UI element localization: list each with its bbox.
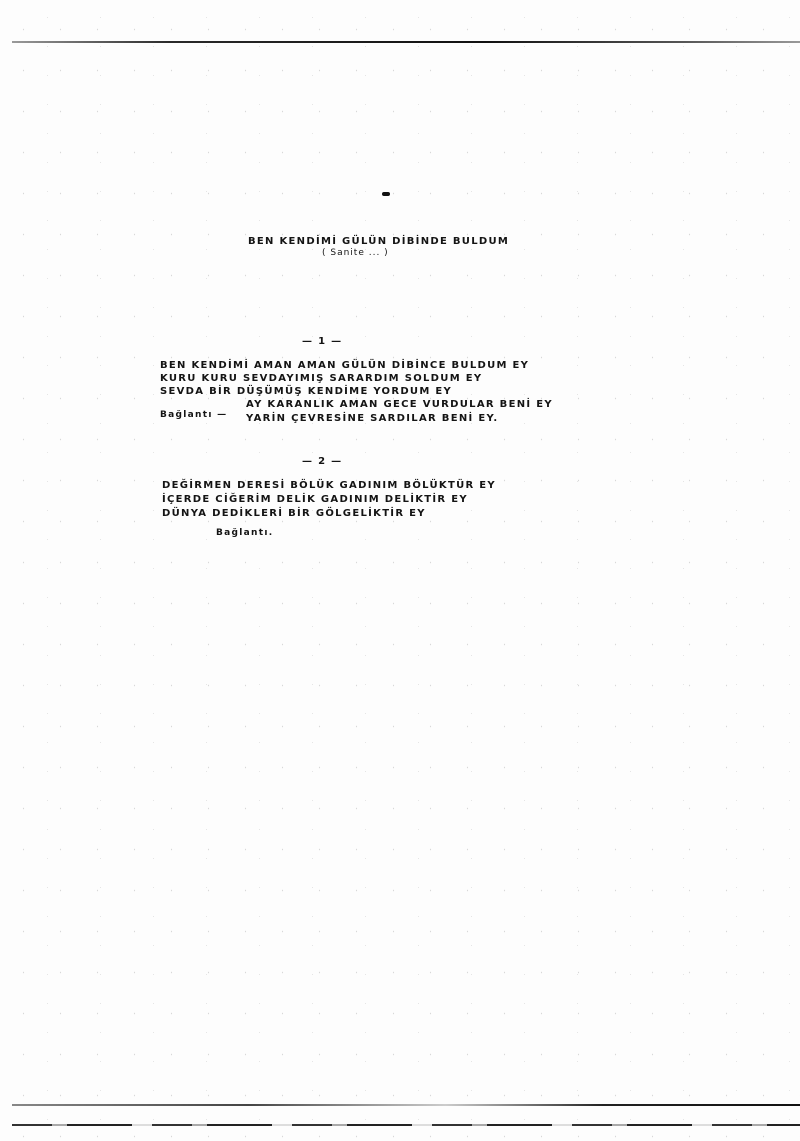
verse-1-line-1: BEN KENDİMİ AMAN AMAN GÜLÜN DİBİNCE BULD… xyxy=(160,360,529,371)
bottom-rule xyxy=(12,1104,800,1106)
verse-number-1: — 1 — xyxy=(302,336,342,347)
chorus-line-1: AY KARANLIK AMAN GECE VURDULAR BENİ EY xyxy=(246,399,553,410)
scan-noise xyxy=(0,0,800,1141)
top-rule xyxy=(12,41,800,43)
song-title: BEN KENDİMİ GÜLÜN DİBİNDE BULDUM xyxy=(248,236,509,247)
chorus-label-2: Bağlantı. xyxy=(216,528,273,538)
ink-speck xyxy=(382,192,390,196)
bottom-rule-2 xyxy=(12,1124,800,1126)
verse-number-2: — 2 — xyxy=(302,456,342,467)
chorus-label-1: Bağlantı — xyxy=(160,410,227,420)
verse-2-line-2: İÇERDE CİĞERİM DELİK GADINIM DELİKTİR EY xyxy=(162,494,468,505)
chorus-line-2: YARİN ÇEVRESİNE SARDILAR BENİ EY. xyxy=(246,413,498,424)
verse-2-line-1: DEĞİRMEN DERESİ BÖLÜK GADINIM BÖLÜKTÜR E… xyxy=(162,480,496,491)
verse-1-line-3: SEVDA BİR DÜŞÜMÜŞ KENDİME YORDUM EY xyxy=(160,386,452,397)
song-subtitle: ( Sanite ... ) xyxy=(322,248,389,258)
verse-1-line-2: KURU KURU SEVDAYIMIŞ SARARDIM SOLDUM EY xyxy=(160,373,482,384)
verse-2-line-3: DÜNYA DEDİKLERİ BİR GÖLGELİKTİR EY xyxy=(162,508,426,519)
